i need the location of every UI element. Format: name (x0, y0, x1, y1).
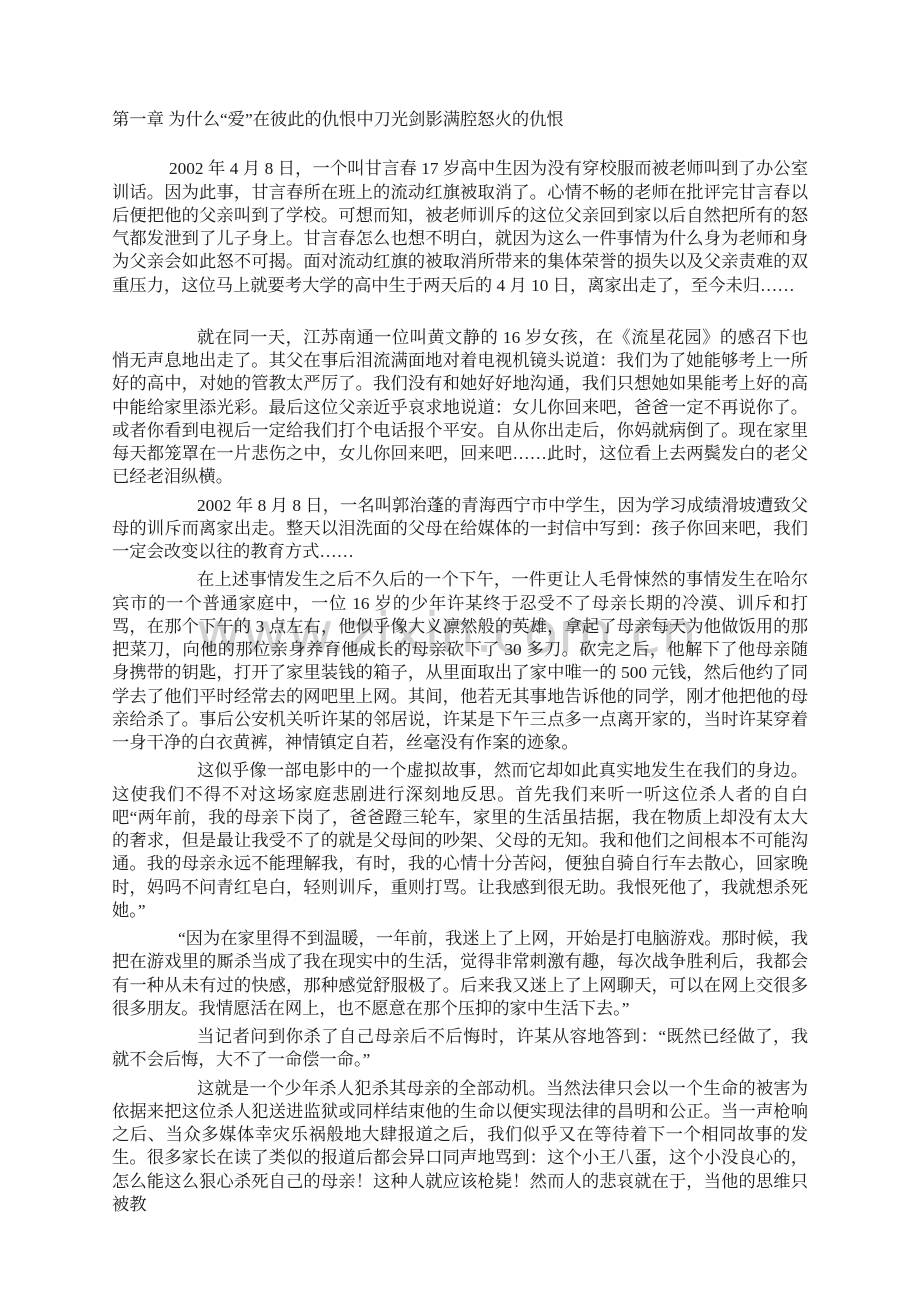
paragraph-8: 这就是一个少年杀人犯杀其母亲的全部动机。当然法律只会以一个生命的被害为依据来把这… (112, 1077, 808, 1217)
paragraph-6: “因为在家里得不到温暖，一年前，我迷上了上网，开始是打电脑游戏。那时候，我把在游… (112, 927, 808, 1020)
chapter-heading: 第一章 为什么“爱”在彼此的仇恨中刀光剑影满腔怒火的仇恨 (112, 108, 808, 131)
document-content: 第一章 为什么“爱”在彼此的仇恨中刀光剑影满腔怒火的仇恨 2002 年 4 月 … (0, 0, 920, 1216)
paragraph-7: 当记者问到你杀了自己母亲后不后悔时，许某从容地答到：“既然已经做了，我就不会后悔… (112, 1025, 808, 1072)
paragraph-5: 这似乎像一部电影中的一个虚拟故事，然而它却如此真实地发生在我们的身边。这使我们不… (112, 759, 808, 922)
paragraph-1: 2002 年 4 月 8 日，一个叫甘言春 17 岁高中生因为没有穿校服而被老师… (112, 157, 808, 297)
paragraph-2: 就在同一天，江苏南通一位叫黄文静的 16 岁女孩，在《流星花园》的感召下也悄无声… (112, 326, 808, 489)
document-page: www.zixin.com.cn 第一章 为什么“爱”在彼此的仇恨中刀光剑影满腔… (0, 0, 920, 1302)
paragraph-3: 2002 年 8 月 8 日，一名叫郭治蓬的青海西宁市中学生，因为学习成绩滑坡遭… (112, 494, 808, 564)
paragraph-4: 在上述事情发生之后不久后的一个下午，一件更让人毛骨悚然的事情发生在哈尔宾市的一个… (112, 568, 808, 754)
